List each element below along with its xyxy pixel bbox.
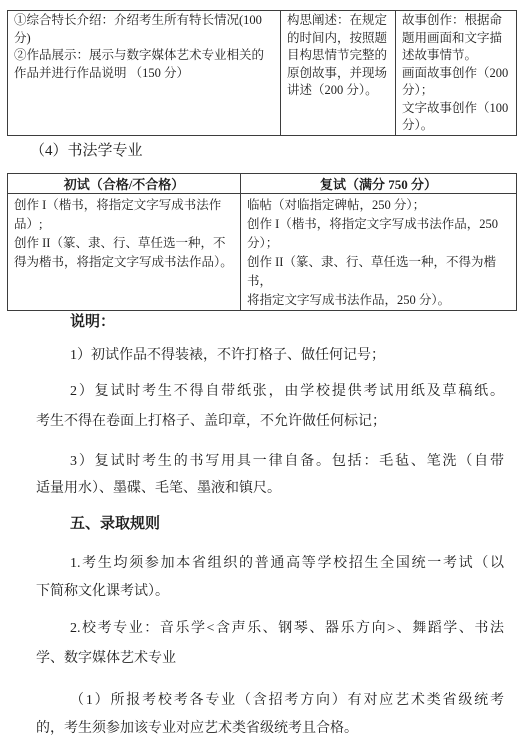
- rule-1-line-1: 1.考生均须参加本省组织的普通高等学校招生全国统一考试（以: [36, 554, 504, 576]
- admission-rules-heading: 五、录取规则: [36, 514, 504, 536]
- note-3-line-1: 3）复试时考生的书写用具一律自备。包括：毛毡、笔洗（自带: [36, 452, 504, 474]
- rule-2-1-line-1: （1）所报考校考各专业（含招考方向）有对应艺术类省级统考: [36, 691, 504, 713]
- notes-heading: 说明：: [36, 312, 504, 334]
- rule-2-line-1: 2.校考专业：音乐学<含声乐、钢琴、器乐方向>、舞蹈学、书法: [36, 619, 504, 641]
- note-2-line-1: 2）复试时考生不得自带纸张，由学校提供考试用纸及草稿纸。: [36, 382, 504, 404]
- rule-1-line-2: 下简称文化课考试）。: [36, 582, 504, 604]
- note-2-line-2: 考生不得在卷面上打格子、盖印章，不允许做任何标记；: [36, 412, 504, 434]
- note-3-line-2: 适量用水）、墨碟、毛笔、墨液和镇尺。: [36, 479, 504, 501]
- note-1-line: 1）初试作品不得装裱，不许打格子、做任何记号；: [36, 346, 504, 368]
- body-text: 说明： 1）初试作品不得装裱，不许打格子、做任何记号； 2）复试时考生不得自带纸…: [36, 0, 504, 754]
- rule-2-line-2: 学、数字媒体艺术专业: [36, 649, 504, 671]
- document-page: ①综合特长介绍：介绍考生所有特长情况(100分)②作品展示：展示与数字媒体艺术专…: [0, 0, 532, 754]
- rule-2-1-line-2: 的，考生须参加该专业对应艺术类省级统考且合格。: [36, 719, 504, 741]
